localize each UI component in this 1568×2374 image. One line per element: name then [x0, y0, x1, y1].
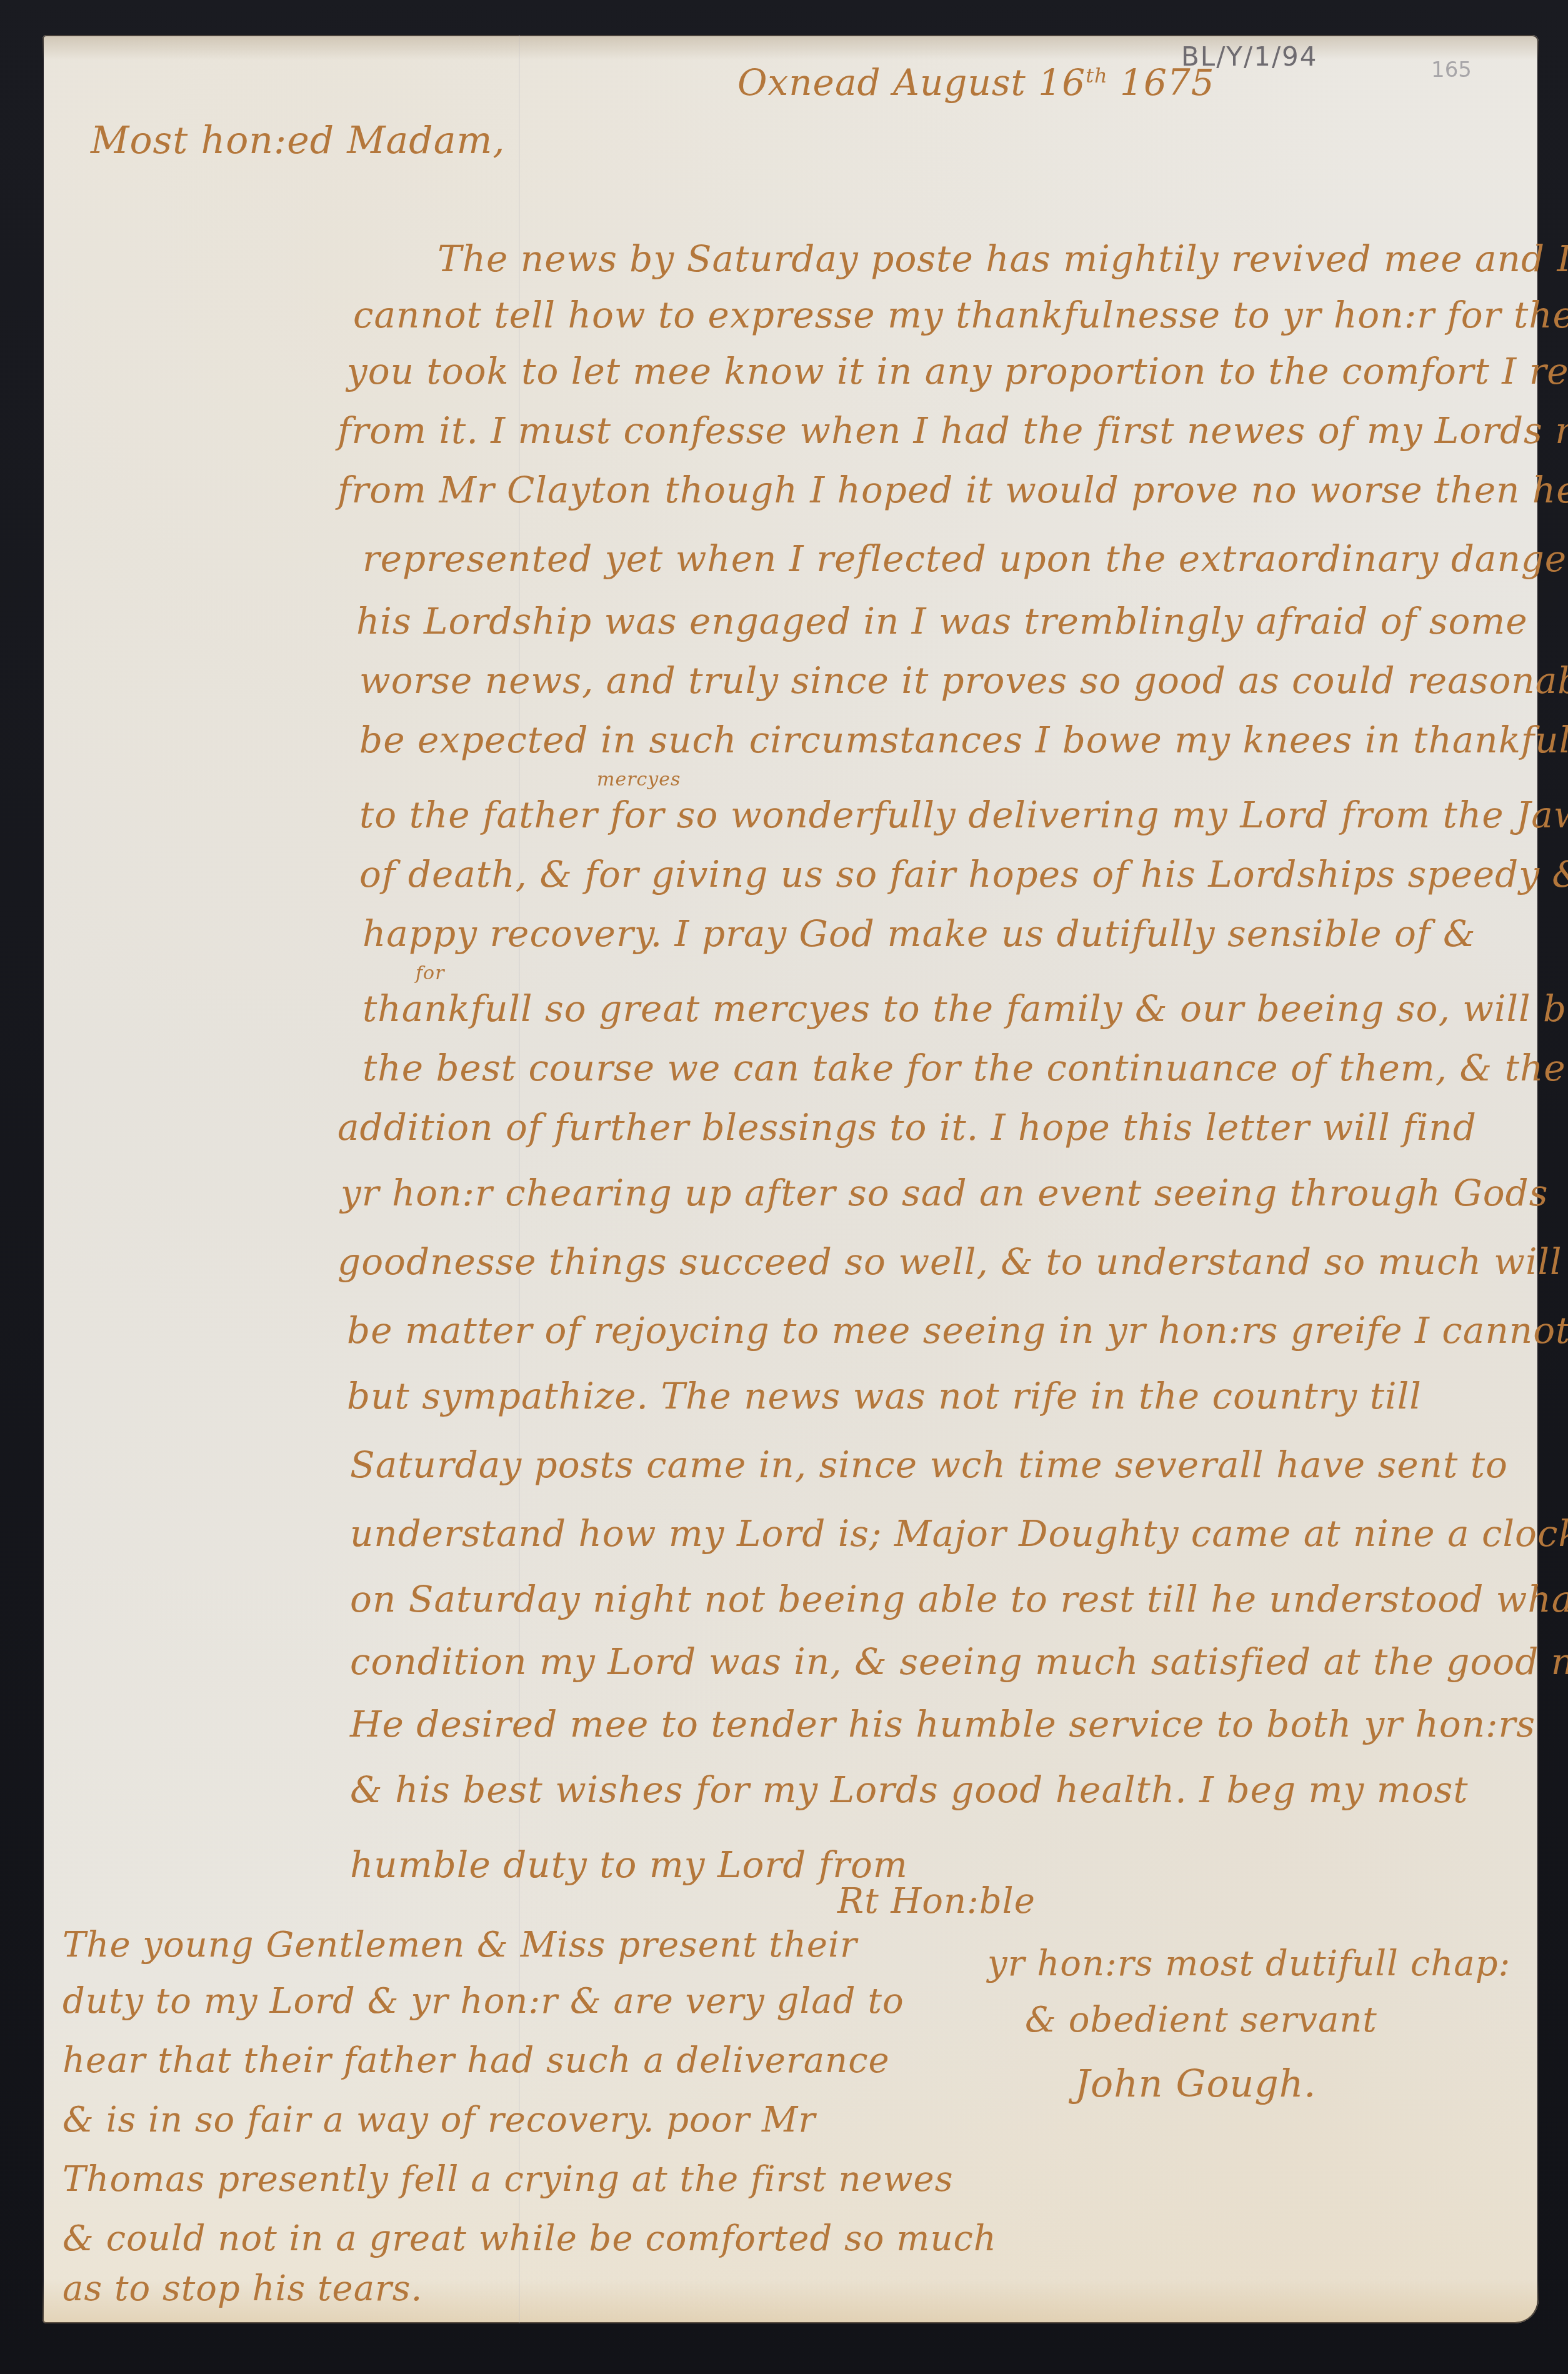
body-line: thankfull so great mercyes to the family…	[362, 987, 1568, 1030]
closing-address-line: Rt Hon:ble	[837, 1881, 1036, 1922]
body-line: you took to let mee know it in any propo…	[347, 350, 1568, 392]
dateline-year: 1675	[1120, 61, 1215, 104]
interlinear-insertion: for	[416, 962, 445, 984]
dateline: Oxnead August 16th 1675	[737, 61, 1215, 104]
body-line: He desired mee to tender his humble serv…	[350, 1703, 1536, 1745]
body-line: addition of further blessings to it. I h…	[337, 1106, 1477, 1149]
body-line: to the father for so wonderfully deliver…	[359, 794, 1568, 836]
body-line: represented yet when I reflected upon th…	[362, 537, 1568, 580]
postscript-line: Thomas presently fell a crying at the fi…	[62, 2159, 953, 2200]
postscript-line: duty to my Lord & yr hon:r & are very gl…	[62, 1981, 904, 2022]
salutation: Most hon:ed Madam,	[91, 119, 506, 162]
body-line: worse news, and truly since it proves so…	[359, 659, 1568, 702]
dateline-place: Oxnead	[737, 61, 881, 104]
body-line: condition my Lord was in, & seeing much …	[350, 1640, 1568, 1683]
body-line: cannot tell how to expresse my thankfuln…	[353, 294, 1568, 336]
body-line: & his best wishes for my Lords good heal…	[350, 1768, 1469, 1811]
body-line: his Lordship was engaged in I was trembl…	[356, 600, 1528, 642]
body-line: understand how my Lord is; Major Doughty…	[350, 1512, 1568, 1555]
body-line: of death, & for giving us so fair hopes …	[359, 853, 1568, 895]
body-line: from it. I must confesse when I had the …	[337, 409, 1568, 452]
body-line: yr hon:r chearing up after so sad an eve…	[341, 1172, 1548, 1214]
body-line: The news by Saturday poste has mightily …	[437, 237, 1568, 280]
postscript-line: The young Gentlemen & Miss present their	[62, 1925, 857, 1965]
signature: John Gough.	[1075, 2062, 1316, 2106]
postscript-line: & is in so fair a way of recovery. poor …	[62, 2100, 816, 2140]
body-line: Saturday posts came in, since wch time s…	[350, 1444, 1508, 1486]
body-line: on Saturday night not beeing able to res…	[350, 1578, 1568, 1620]
body-line: from Mr Clayton though I hoped it would …	[337, 469, 1568, 511]
body-line: the best course we can take for the cont…	[362, 1047, 1566, 1089]
postscript-line: as to stop his tears.	[62, 2268, 422, 2309]
dateline-day: 16	[1038, 61, 1086, 104]
dateline-month: August	[893, 61, 1026, 104]
body-line: be expected in such circumstances I bowe…	[359, 719, 1568, 761]
interlinear-insertion: mercyes	[597, 769, 681, 791]
closing-address-line: & obedient servant	[1025, 2000, 1377, 2040]
body-line: be matter of rejoycing to mee seeing in …	[347, 1309, 1568, 1352]
body-line: goodnesse things succeed so well, & to u…	[337, 1240, 1562, 1283]
folio-number: 165	[1431, 57, 1472, 82]
closing-address-line: yr hon:rs most dutifull chap:	[987, 1943, 1511, 1984]
dateline-day-suffix: th	[1086, 64, 1107, 87]
body-line: happy recovery. I pray God make us dutif…	[362, 912, 1476, 955]
body-line: but sympathize. The news was not rife in…	[347, 1375, 1422, 1417]
postscript-line: hear that their father had such a delive…	[62, 2040, 890, 2081]
postscript-line: & could not in a great while be comforte…	[62, 2218, 997, 2259]
body-line: humble duty to my Lord from	[350, 1843, 908, 1886]
